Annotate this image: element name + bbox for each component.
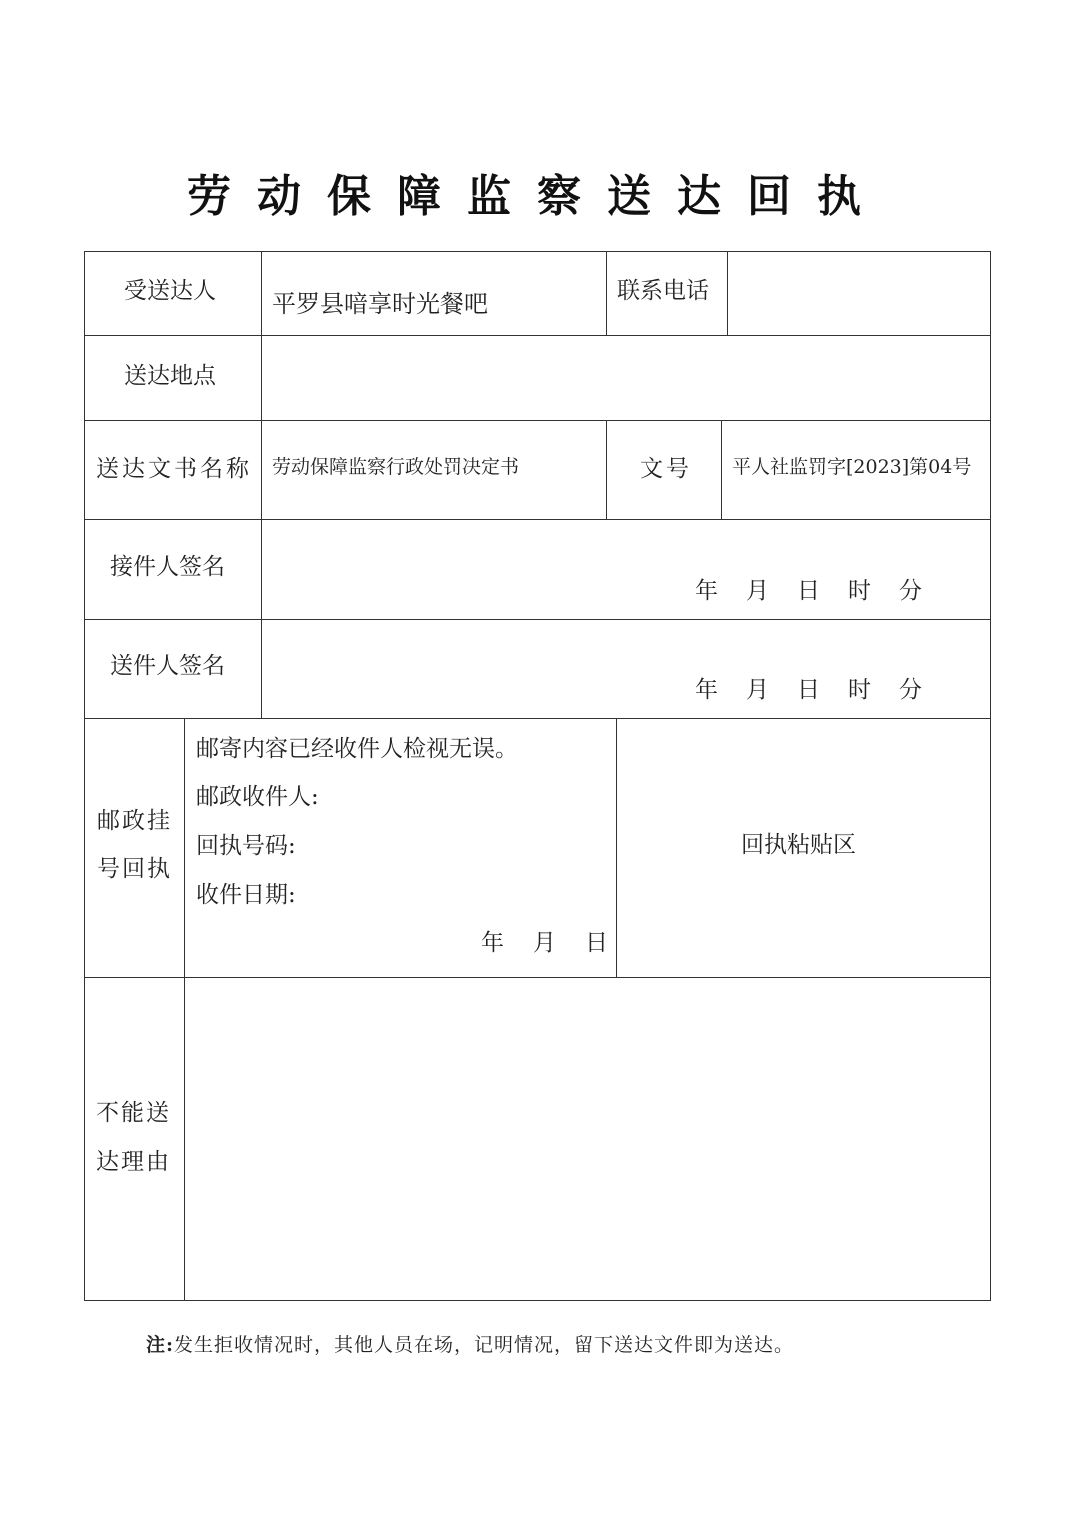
date-minute: 分 [899,572,922,605]
row-divider [84,718,991,719]
date-minute: 分 [899,671,922,704]
row-divider [84,619,991,620]
address-label: 送达地点 [124,357,216,390]
postal-date[interactable]: 年月日 [481,924,608,957]
postal-receipt-number-field[interactable]: 回执号码: [196,827,296,860]
sender-sign-date[interactable]: 年月日时分 [695,671,922,704]
postal-recipient-field[interactable]: 邮政收件人: [196,778,319,811]
document-number-value[interactable]: 平人社监罚字[2023]第04号 [732,452,971,479]
recipient-value[interactable]: 平罗县喑享时光餐吧 [272,284,488,319]
table-border-top [84,251,991,252]
row-divider [84,519,991,520]
phone-label: 联系电话 [617,272,709,305]
row-divider [84,977,991,978]
page-title: 劳动保障监察送达回执 [0,160,1074,224]
postal-line1: 邮寄内容已经收件人检视无误。 [196,730,518,763]
date-month: 月 [533,924,585,957]
postal-receive-date-field[interactable]: 收件日期: [196,876,296,909]
table-border-left [84,251,85,1301]
postal-label-line1: 邮政挂 [97,802,172,835]
col-divider [616,718,617,977]
row-divider [84,335,991,336]
footnote-prefix: 注: [146,1334,174,1356]
date-year: 年 [695,572,746,605]
sender-sign-label: 送件人签名 [110,647,225,680]
table-border-right [990,251,991,1301]
date-hour: 时 [848,572,899,605]
date-hour: 时 [848,671,899,704]
receipt-paste-area: 回执粘贴区 [741,826,856,859]
address-value[interactable] [272,357,972,387]
undeliverable-label-line2: 达理由 [96,1143,171,1176]
date-day: 日 [797,572,848,605]
table-border-bottom [84,1300,991,1301]
date-month: 月 [746,572,797,605]
date-year: 年 [481,924,533,957]
col-divider [727,251,728,335]
col-divider [721,420,722,519]
date-month: 月 [746,671,797,704]
row-divider [84,420,991,421]
footnote: 注:发生拒收情况时，其他人员在场，记明情况，留下送达文件即为送达。 [146,1330,794,1357]
receiver-sign-date[interactable]: 年月日时分 [695,572,922,605]
document-label: 送达文书名称 [96,450,252,483]
col-divider [261,251,262,718]
document-number-label: 文号 [640,450,692,483]
document-value[interactable]: 劳动保障监察行政处罚决定书 [272,452,519,479]
col-divider [606,251,607,335]
receiver-sign-label: 接件人签名 [110,548,225,581]
footnote-text: 发生拒收情况时，其他人员在场，记明情况，留下送达文件即为送达。 [174,1334,794,1356]
postal-label-line2: 号回执 [97,850,172,883]
undeliverable-label-line1: 不能送 [96,1094,171,1127]
date-day: 日 [797,671,848,704]
phone-value[interactable] [740,272,980,302]
date-day: 日 [585,924,608,957]
col-divider [184,718,185,1300]
undeliverable-reason-field[interactable] [196,990,976,1290]
col-divider [606,420,607,519]
date-year: 年 [695,671,746,704]
recipient-label: 受送达人 [124,272,216,305]
